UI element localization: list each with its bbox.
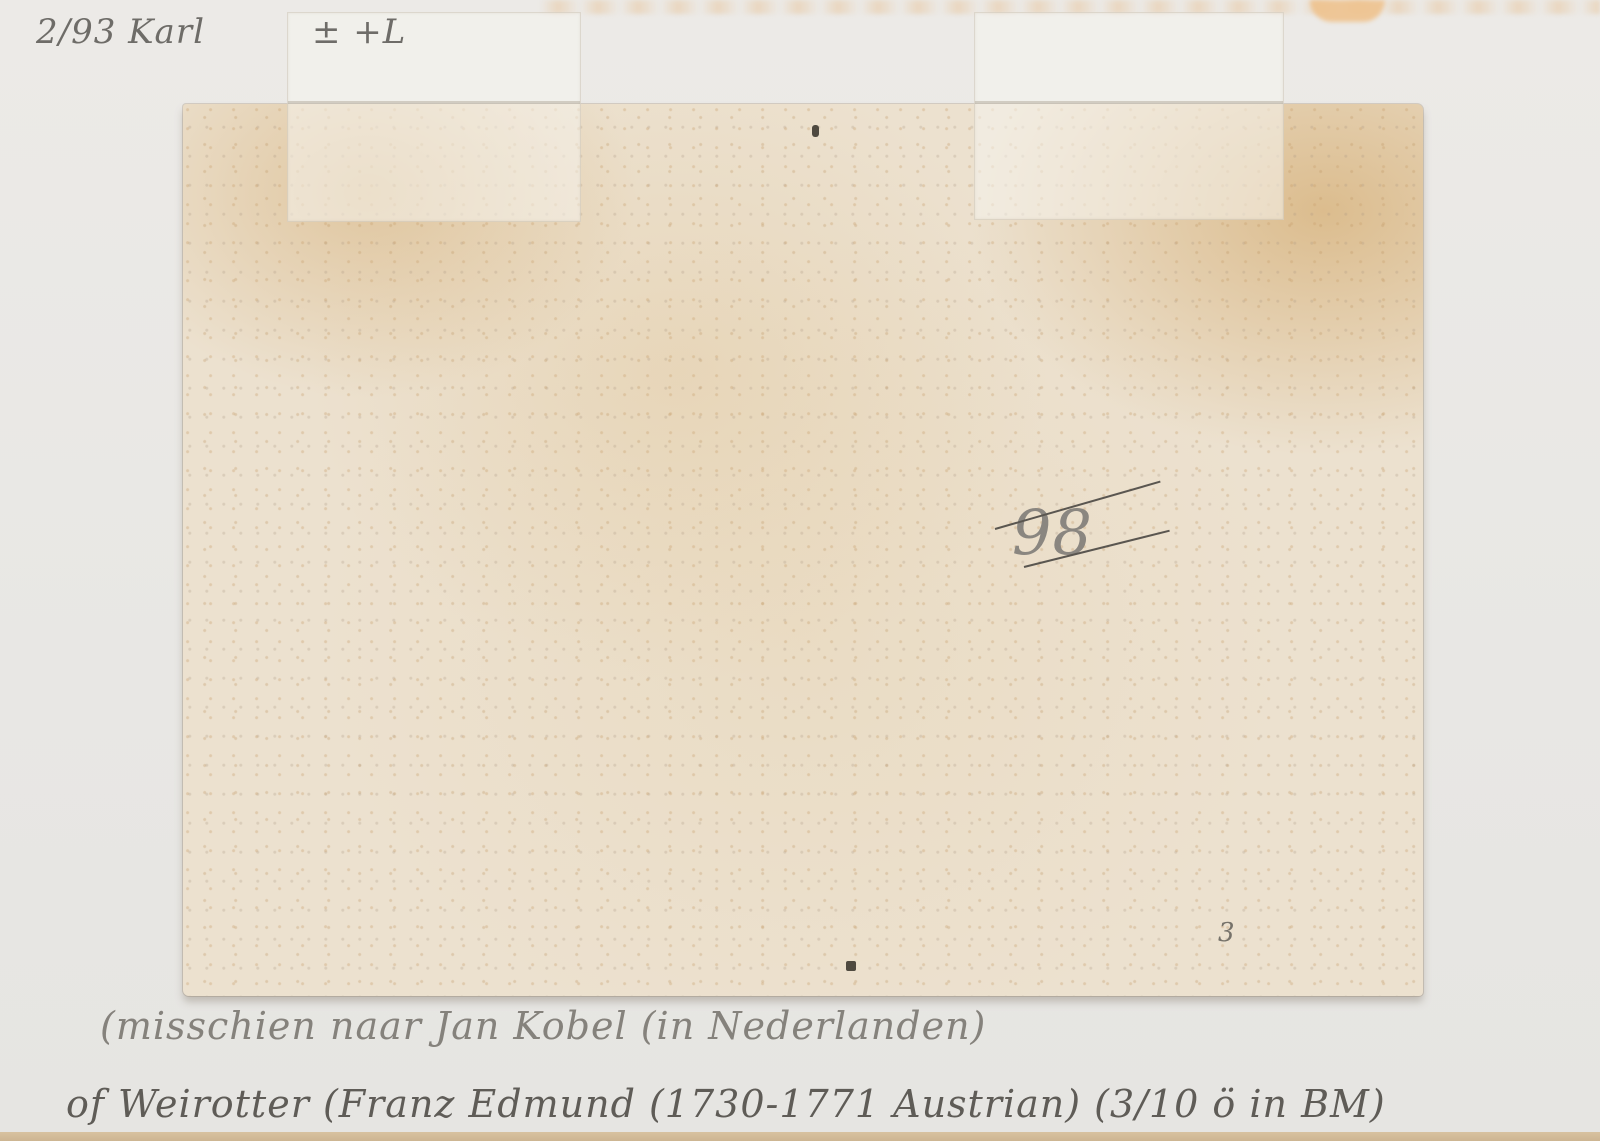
mount-bottom-edge: [0, 1132, 1600, 1141]
tape-fold-line: [975, 101, 1283, 104]
orange-stain: [1310, 0, 1385, 22]
card-mark-bottom: [846, 961, 856, 971]
hinge-tape-right: [974, 12, 1284, 220]
pencil-corner-mark: 3: [1218, 918, 1236, 948]
artwork-card-reverse: [183, 104, 1423, 996]
card-mark-top: [812, 125, 819, 137]
tape-fold-line: [288, 101, 580, 104]
pencil-note-on-tape: ± +L: [312, 12, 406, 52]
pencil-attribution-line-1: (misschien naar Jan Kobel (in Nederlande…: [100, 1004, 986, 1048]
pencil-note-top-left: 2/93 Karl: [36, 12, 205, 52]
foxing-speckles: [183, 104, 1423, 996]
pencil-attribution-line-2: of Weirotter (Franz Edmund (1730-1771 Au…: [66, 1082, 1386, 1126]
